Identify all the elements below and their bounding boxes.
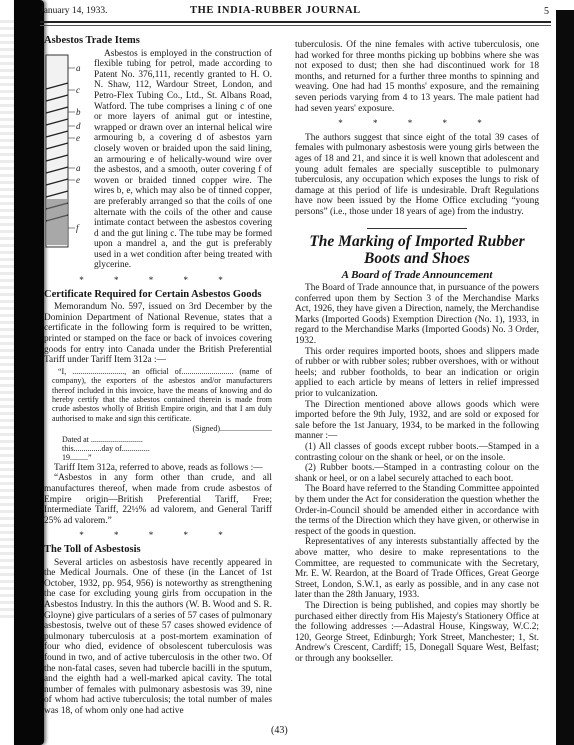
- certificate-dated-line: Dated at ..........................: [62, 435, 272, 444]
- section-separator-stars: * * * * *: [295, 118, 539, 129]
- certificate-signed-line: (Signed)..........................: [52, 424, 272, 433]
- tariff-quote: “Asbestos in any form other than crude, …: [44, 473, 272, 526]
- asbestosis-paragraph-continued: tuberculosis. Of the nine females with a…: [295, 40, 539, 114]
- certificate-form: “I, .........................., an offic…: [52, 367, 272, 463]
- section-heading-asbestos-trade-items: Asbestos Trade Items: [44, 36, 272, 47]
- tubing-patent-illustration: a c b d e a e f: [38, 49, 94, 249]
- article-title: The Marking of Imported Rubber Boots and…: [295, 233, 539, 267]
- issue-date: January 14, 1933.: [40, 6, 108, 16]
- journal-page: January 14, 1933. THE INDIA-RUBBER JOURN…: [0, 0, 574, 745]
- article-paragraph: (1) All classes of goods except rubber b…: [295, 442, 539, 463]
- section-separator-stars: * * * * *: [44, 275, 272, 286]
- certificate-text: “I, .........................., an offic…: [52, 367, 272, 423]
- section-heading-toll-of-asbestosis: The Toll of Asbestosis: [44, 545, 272, 556]
- article-title-line-1: The Marking of Imported Rubber: [295, 233, 539, 250]
- article-subtitle: A Board of Trade Announcement: [295, 270, 539, 281]
- article-paragraph: The Direction mentioned above allows goo…: [295, 400, 539, 442]
- asbestos-tubing-paragraph-wrap: Asbestos is employed in the construction…: [94, 49, 272, 271]
- page-number: 5: [544, 6, 549, 17]
- section-separator-stars: * * * * *: [44, 530, 272, 541]
- svg-text:e: e: [76, 175, 80, 185]
- article-title-line-2: Boots and Shoes: [295, 250, 539, 267]
- asbestos-tubing-paragraph: Asbestos is employed in the construction…: [94, 49, 272, 271]
- article-paragraph: The Board have referred to the Standing …: [295, 484, 539, 537]
- svg-text:b: b: [76, 107, 81, 117]
- header-rule: [40, 21, 551, 23]
- svg-text:a: a: [76, 163, 81, 173]
- svg-text:d: d: [76, 121, 81, 131]
- certificate-day-line: this..............day of..............: [62, 444, 272, 453]
- svg-text:e: e: [76, 133, 80, 143]
- authors-suggestion-paragraph: The authors suggest that since eight of …: [295, 133, 539, 218]
- svg-text:c: c: [76, 85, 80, 95]
- article-paragraph: The Board of Trade announce that, in pur…: [295, 283, 539, 347]
- left-column: Asbestos Trade Items a c: [44, 36, 272, 717]
- article-divider-rule: [367, 228, 467, 229]
- tariff-item-paragraph: Tariff Item 312a, referred to above, rea…: [44, 463, 272, 474]
- tubing-figure-block: a c b d e a e f: [44, 49, 272, 271]
- certificate-year-line: 19.........”: [62, 453, 272, 462]
- journal-title: THE INDIA-RUBBER JOURNAL: [190, 5, 361, 16]
- asbestosis-paragraph: Several articles on asbestosis have rece…: [44, 558, 272, 717]
- right-scan-border: [556, 10, 574, 745]
- header-rule-thin: [40, 25, 551, 26]
- running-header: January 14, 1933. THE INDIA-RUBBER JOURN…: [40, 3, 551, 21]
- article-paragraph: This order requires imported boots, shoe…: [295, 347, 539, 400]
- memorandum-paragraph: Memorandum No. 597, issued on 3rd Decemb…: [44, 302, 272, 366]
- article-paragraph: Representatives of any interests substan…: [295, 537, 539, 601]
- section-heading-certificate: Certificate Required for Certain Asbesto…: [44, 290, 272, 301]
- article-paragraph: (2) Rubber boots.—Stamped in a contrasti…: [295, 463, 539, 484]
- flexible-tube-diagram-icon: a c b d e a e f: [38, 49, 94, 254]
- right-column: tuberculosis. Of the nine females with a…: [295, 40, 539, 664]
- svg-text:f: f: [76, 223, 80, 233]
- svg-text:a: a: [76, 63, 81, 73]
- folio-marker: (43): [271, 725, 288, 736]
- article-paragraph: The Direction is being published, and co…: [295, 601, 539, 665]
- page-edge-scan-noise: [0, 20, 14, 620]
